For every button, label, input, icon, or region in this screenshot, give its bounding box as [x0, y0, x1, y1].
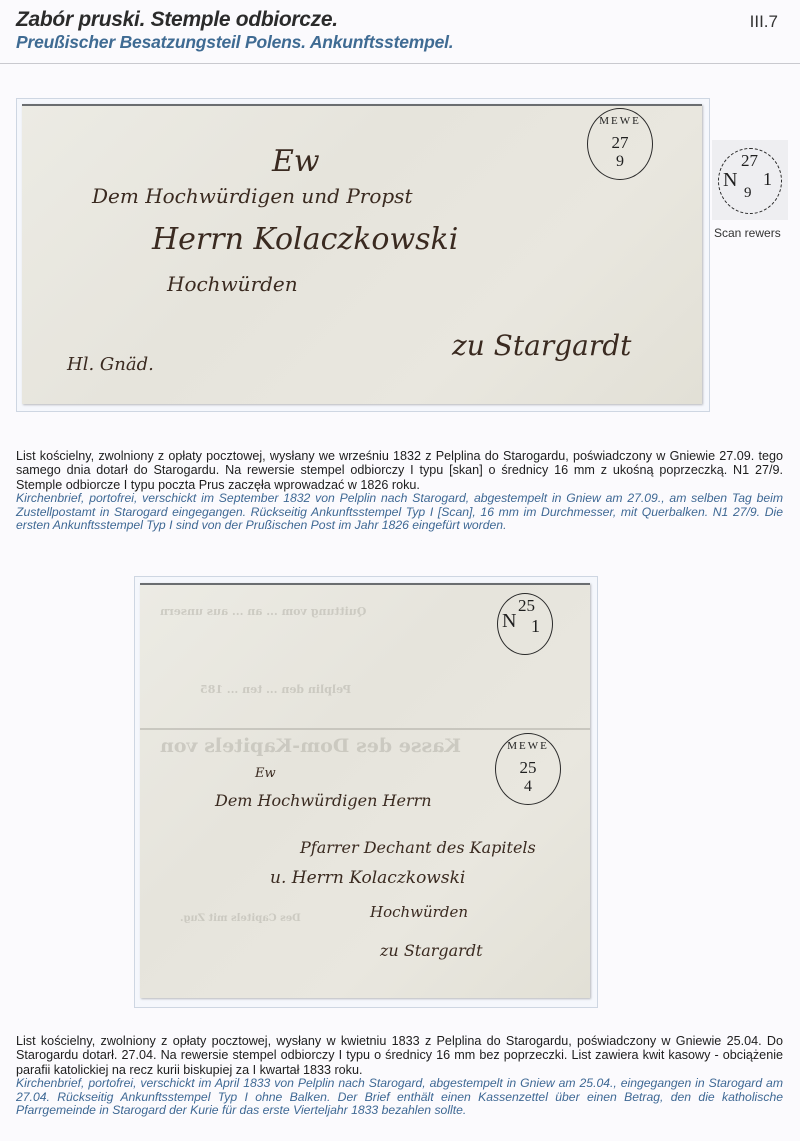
ghost-print-line: Des Capitels mit Zug. — [180, 913, 301, 924]
letter2-arrival-stamp: 25 N 1 — [497, 593, 553, 655]
letter2-script-line: Hochwürden — [370, 903, 468, 921]
letter1-script-line: Herrn Kolaczkowski — [152, 222, 458, 257]
postmark-month: 4 — [496, 778, 560, 796]
postmark-day: 27 — [588, 133, 652, 153]
letter1-script-line: Hochwürden — [167, 272, 298, 296]
letter2-description: List kościelny, zwolniony z opłaty poczt… — [16, 1034, 783, 1118]
stamp-day: 27 — [741, 151, 758, 171]
letter1-script-line: Dem Hochwürdigen und Propst — [92, 184, 412, 208]
letter2-script-line: zu Stargardt — [380, 941, 483, 960]
scan-reverse-image: 27 N 9 1 — [712, 140, 788, 220]
letter1-script-line: zu Stargardt — [452, 329, 631, 362]
letter1-cover: MEWE 27 9 Ew Dem Hochwürdigen und Propst… — [22, 104, 702, 404]
fold-line — [140, 728, 590, 730]
letter1-script-line: Ew — [272, 144, 320, 179]
ghost-print-line: Quittung vom ... an ... aus unsern — [160, 605, 366, 618]
stamp-num: 1 — [763, 169, 772, 190]
letter2-cover: Quittung vom ... an ... aus unsern Pelpl… — [140, 583, 590, 998]
header-divider — [0, 63, 800, 64]
postmark-month: 9 — [588, 153, 652, 171]
postmark-day: 25 — [496, 758, 560, 778]
page-title: Zabór pruski. Stemple odbiorcze. — [16, 8, 338, 32]
letter2-script-line: Dem Hochwürdigen Herrn — [215, 791, 432, 810]
stamp-n: N — [502, 610, 516, 633]
description-german: Kirchenbrief, portofrei, verschickt im S… — [16, 492, 783, 533]
stamp-month: 9 — [744, 185, 752, 202]
ghost-print-line: Kasse des Dom-Kapitels von — [160, 735, 461, 757]
page-number: III.7 — [750, 12, 778, 32]
stamp-day: 25 — [518, 596, 535, 616]
letter2-script-line: Pfarrer Dechant des Kapitels — [300, 838, 536, 857]
description-german: Kirchenbrief, portofrei, verschickt im A… — [16, 1077, 783, 1118]
stamp-n: N — [723, 169, 737, 192]
description-polish: List kościelny, zwolniony z opłaty poczt… — [16, 449, 783, 492]
postmark-town: MEWE — [496, 740, 560, 752]
stamp-num: 1 — [531, 616, 540, 637]
letter1-postmark: MEWE 27 9 — [587, 108, 653, 180]
letter2-script-line: Ew — [255, 766, 276, 781]
description-polish: List kościelny, zwolniony z opłaty poczt… — [16, 1034, 783, 1077]
page-subtitle: Preußischer Besatzungsteil Polens. Ankun… — [16, 32, 453, 53]
letter2-postmark: MEWE 25 4 — [495, 733, 561, 805]
letter2-script-line: u. Herrn Kolaczkowski — [270, 868, 465, 888]
postmark-town: MEWE — [588, 115, 652, 127]
scan-caption: Scan rewers — [714, 226, 781, 240]
scan-arrival-stamp: 27 N 9 1 — [718, 148, 782, 214]
ghost-print-line: Pelplin den ... ten ... 185 — [200, 683, 351, 696]
letter1-description: List kościelny, zwolniony z opłaty poczt… — [16, 449, 783, 533]
letter1-script-line: Hl. Gnäd. — [67, 354, 154, 375]
